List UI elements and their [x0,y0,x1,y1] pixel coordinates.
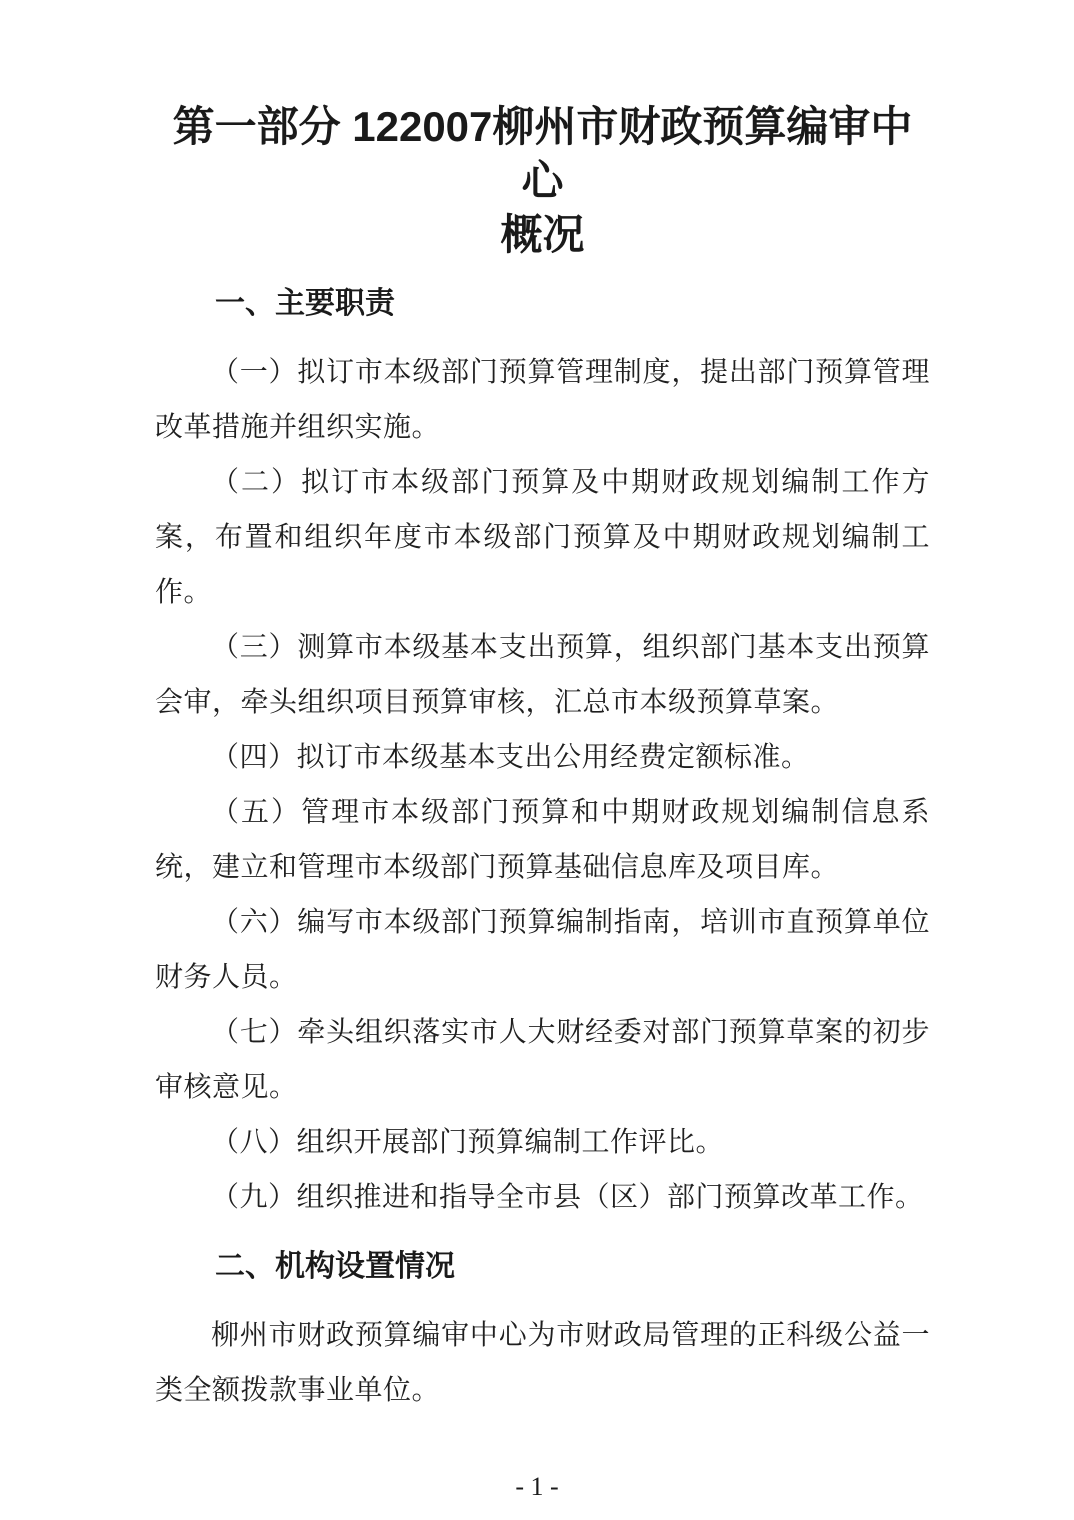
section-heading-main-duties: 一、主要职责 [155,276,930,331]
page-number: - 1 - [515,1472,558,1501]
document-title-line-2: 概况 [500,211,584,258]
document-title: 第一部分 122007柳州市财政预算编审中心 概况 [155,100,930,262]
document-page: 第一部分 122007柳州市财政预算编审中心 概况 一、主要职责 （一）拟订市本… [0,0,1074,1520]
body-paragraph: （八）组织开展部门预算编制工作评比。 [155,1115,930,1170]
section-heading-organization-setup: 二、机构设置情况 [155,1239,930,1294]
body-paragraph: （九）组织推进和指导全市县（区）部门预算改革工作。 [155,1170,930,1225]
page-footer: - 1 - [0,1472,1074,1502]
body-paragraph: （五）管理市本级部门预算和中期财政规划编制信息系统，建立和管理市本级部门预算基础… [155,785,930,895]
body-paragraph: （六）编写市本级部门预算编制指南，培训市直预算单位财务人员。 [155,895,930,1005]
body-paragraph: （四）拟订市本级基本支出公用经费定额标准。 [155,730,930,785]
body-paragraph: 柳州市财政预算编审中心为市财政局管理的正科级公益一类全额拨款事业单位。 [155,1308,930,1418]
body-paragraph: （一）拟订市本级部门预算管理制度，提出部门预算管理改革措施并组织实施。 [155,345,930,455]
document-title-line-1: 第一部分 122007柳州市财政预算编审中心 [173,103,913,204]
body-paragraph: （二）拟订市本级部门预算及中期财政规划编制工作方案，布置和组织年度市本级部门预算… [155,455,930,620]
body-paragraph: （三）测算市本级基本支出预算，组织部门基本支出预算会审，牵头组织项目预算审核，汇… [155,620,930,730]
body-paragraph: （七）牵头组织落实市人大财经委对部门预算草案的初步审核意见。 [155,1005,930,1115]
